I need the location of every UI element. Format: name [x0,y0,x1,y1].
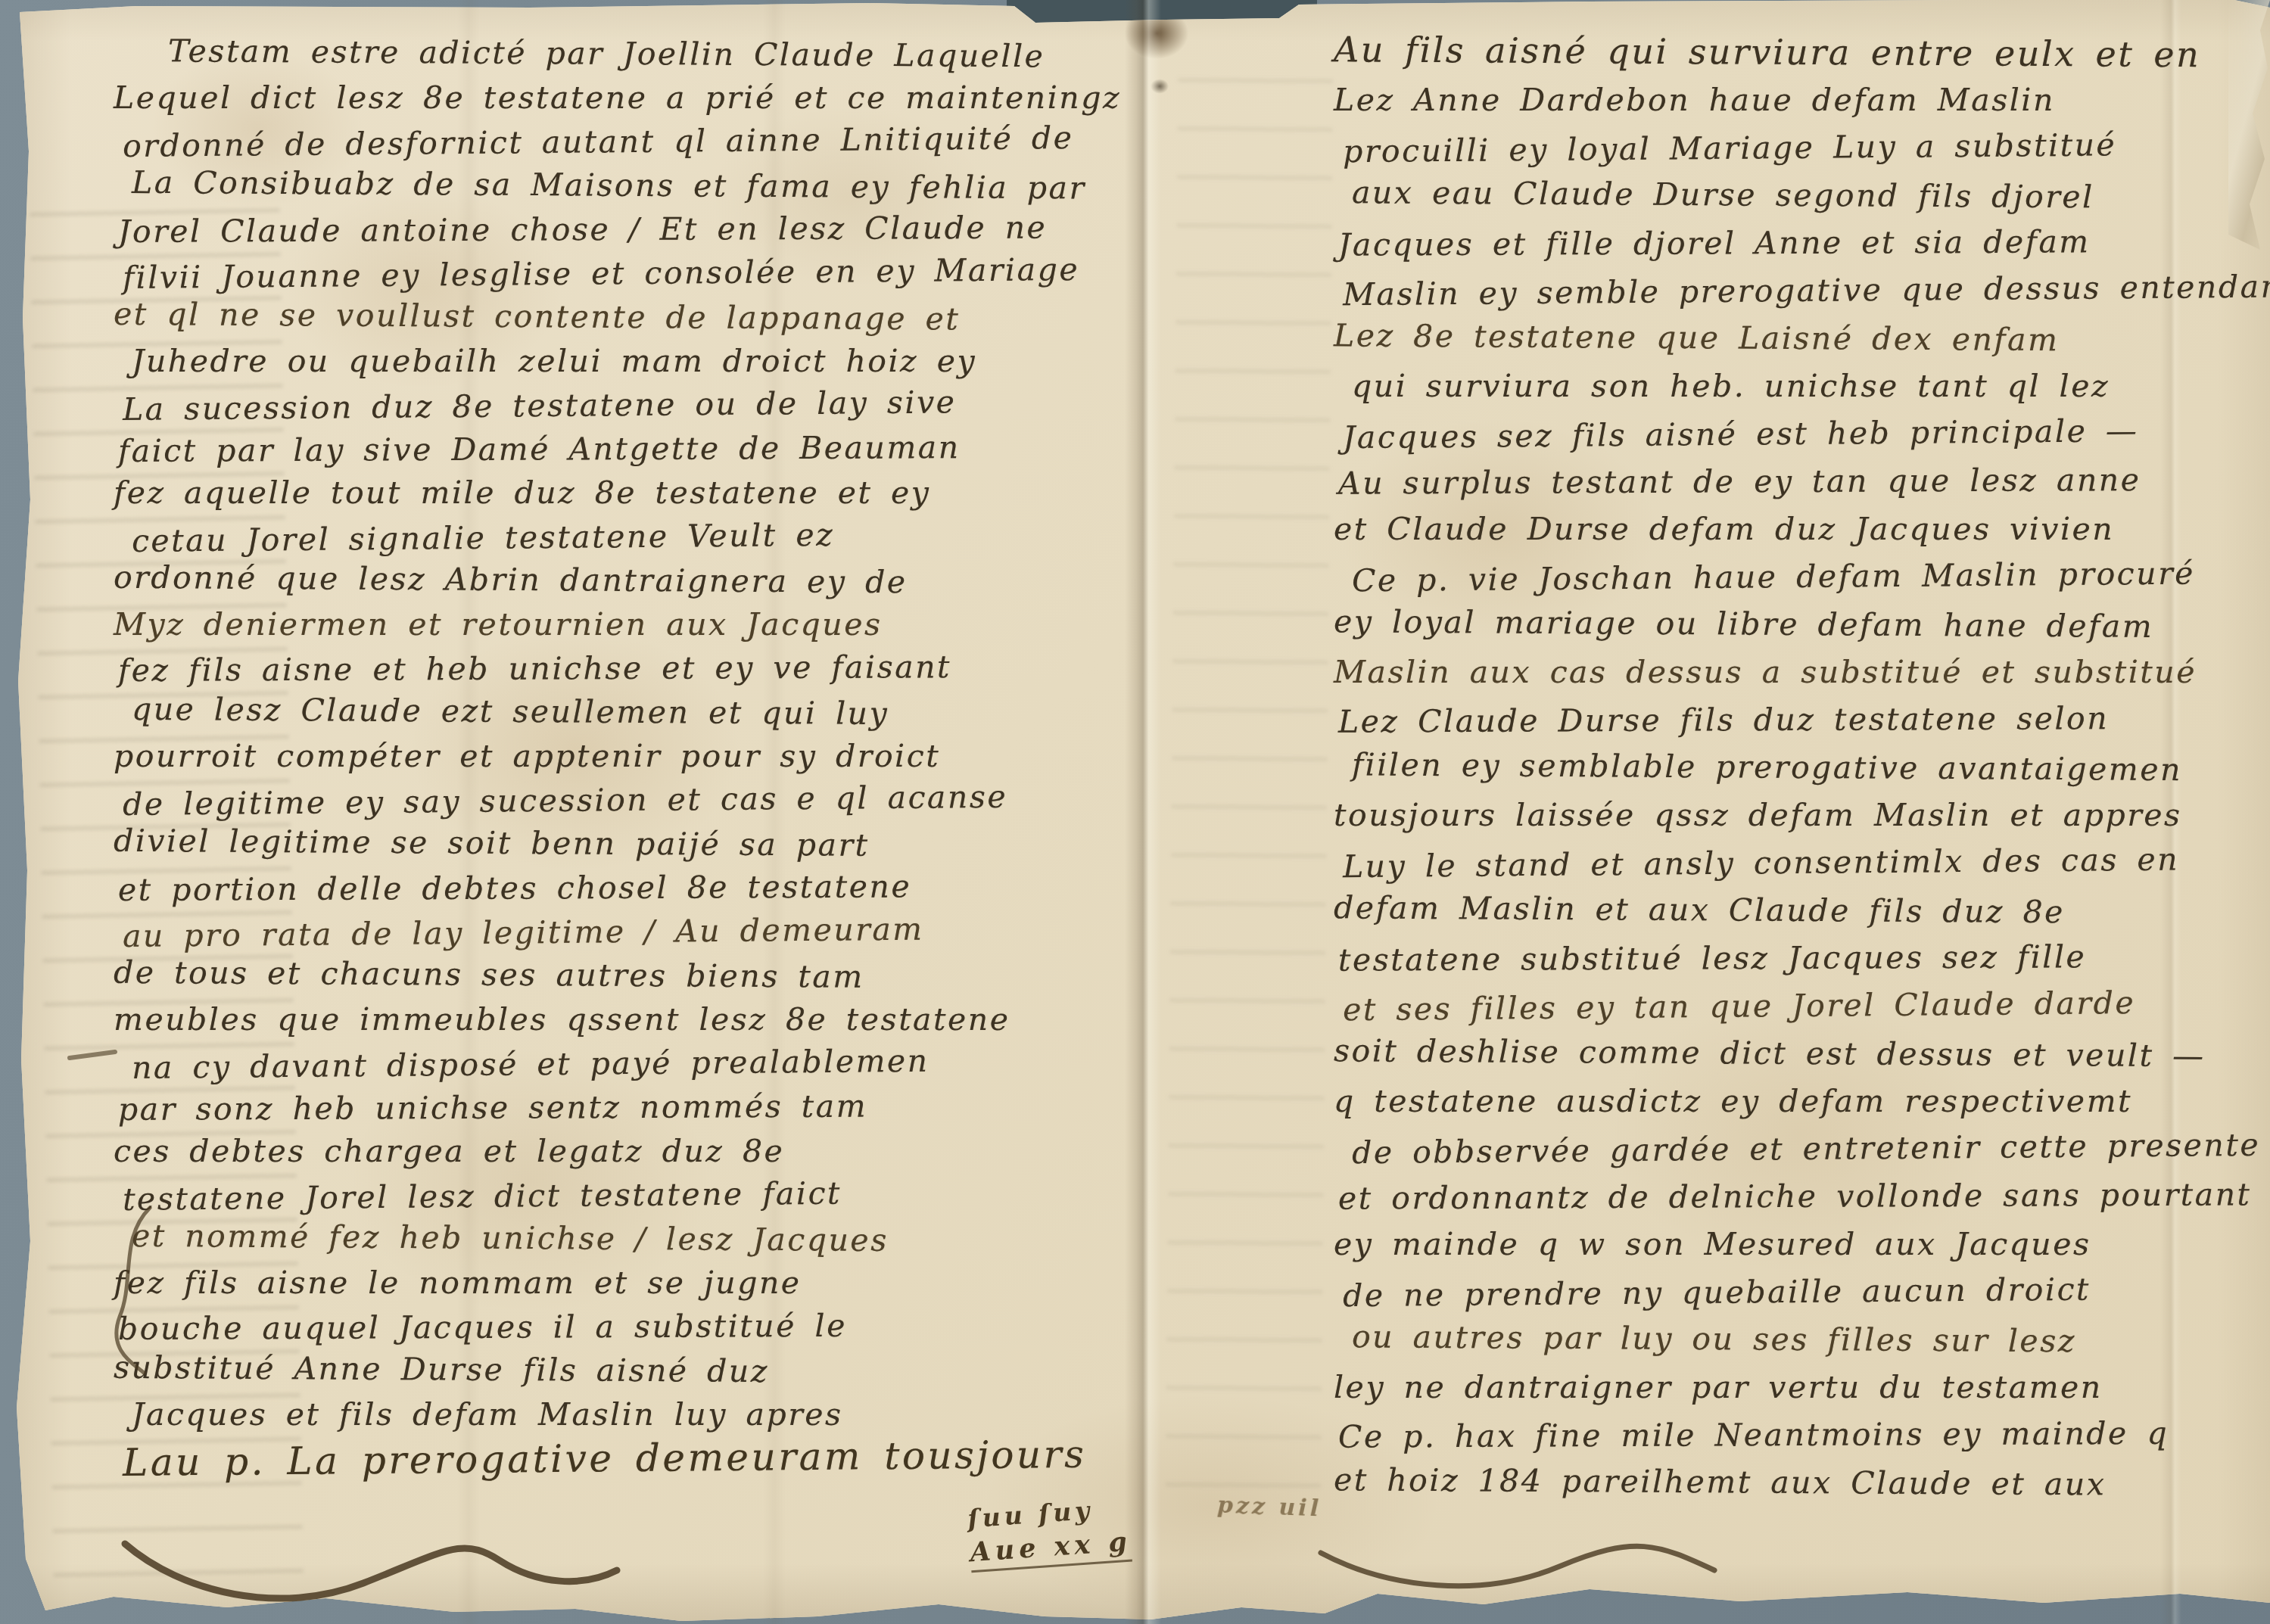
manuscript-line: Lez 8e testatene que Laisné dex enfam [1334,312,2256,365]
manuscript-line: Juhedre ou quebailh zelui mam droict hoi… [132,339,1152,383]
manuscript-line: Jorel Claude antoine chose / Et en lesz … [118,205,1152,254]
manuscript-line: fez fils aisne le nommam et se jugne [114,1261,1152,1305]
right-page-text: Au fils aisné qui surviura entre eulx et… [1334,29,2256,1507]
manuscript-line: La sucession duz 8e testatene ou de lay … [123,378,1152,431]
manuscript-line: de tous et chacuns ses autres biens tam [114,950,1152,1000]
manuscript-line: Jacques et fils defam Maslin luy apres [132,1392,1152,1436]
manuscript-line: fiilen ey semblable prerogative avantaig… [1352,741,2256,794]
fold-annotation-right: pzz uil [1216,1491,1322,1525]
manuscript-line: meubles que immeubles qssent lesz 8e tes… [114,997,1152,1041]
manuscript-line: de ne prendre ny quebaille aucun droict [1343,1265,2256,1321]
manuscript-line: soit deshlise comme dict est dessus et v… [1334,1027,2256,1080]
manuscript-line: ordonné de desfornict autant ql ainne Ln… [123,115,1152,168]
manuscript-line: ordonné que lesz Abrin dantraignera ey d… [114,555,1152,605]
manuscript-line: fez fils aisne et heb unichse et ey ve f… [118,644,1152,692]
manuscript-line: na cy davant disposé et payé prealableme… [132,1037,1152,1090]
manuscript-line: au pro rata de lay legitime / Au demeura… [123,905,1152,958]
manuscript-line: ley ne dantraigner par vertu du testamen [1334,1364,2256,1411]
manuscript-line: pourroit compéter et apptenir pour sy dr… [114,734,1152,778]
manuscript-line: Lez Claude Durse fils duz testatene selo… [1338,694,2256,745]
manuscript-line: Ce p. hax fine mile Neantmoins ey mainde… [1338,1409,2256,1461]
manuscript-line: La Consibuabz de sa Maisons et fama ey f… [132,160,1152,210]
manuscript-line: de obbservée gardée et entretenir cette … [1352,1122,2256,1177]
manuscript-line: ey loyal mariage ou libre defam hane def… [1334,598,2256,651]
manuscript-line: procuilli ey loyal Mariage Luy a substit… [1343,120,2256,176]
manuscript-line: tousjours laissée qssz defam Maslin et a… [1334,792,2256,839]
manuscript-line: ou autres par luy ou ses filles sur lesz [1352,1313,2256,1366]
manuscript-line: Maslin aux cas dessus a substitué et sub… [1334,649,2256,696]
manuscript-line: Au fils aisné qui surviura entre eulx et… [1334,26,2256,79]
manuscript-line: et nommé fez heb unichse / lesz Jacques [132,1214,1152,1264]
manuscript-line: Testam estre adicté par Joellin Claude L… [114,29,1152,79]
manuscript-line: et portion delle debtes chosel 8e testat… [118,863,1152,912]
manuscript-line: et ordonnantz de delniche vollonde sans … [1338,1171,2256,1222]
manuscript-line: Ce p. vie Joschan haue defam Maslin proc… [1352,549,2256,605]
manuscript-line: que lesz Claude ezt seullemen et qui luy [132,687,1152,737]
manuscript-line: substitué Anne Durse fils aisné duz [114,1346,1152,1395]
manuscript-line: et Claude Durse defam duz Jacques vivien [1334,506,2256,553]
manuscript-line: et ses filles ey tan que Jorel Claude da… [1343,978,2256,1034]
manuscript-line: fez aquelle tout mile duz 8e testatene e… [114,471,1152,515]
manuscript-line: Lez Anne Dardebon haue defam Maslin [1334,76,2256,124]
fold-annotation-left: ſuu ſuy Aue xx g [967,1492,1132,1573]
manuscript-line: filvii Jouanne ey lesglise et consolée e… [123,247,1152,300]
left-page-text: Testam estre adicté par Joellin Claude L… [114,32,1152,1480]
manuscript-line: aux eau Claude Durse segond fils djorel [1352,169,2256,222]
manuscript-line: Myz deniermen et retournien aux Jacques [114,602,1152,646]
manuscript-scan: Testam estre adicté par Joellin Claude L… [0,0,2270,1624]
manuscript-line: Jacques et fille djorel Anne et sia defa… [1338,217,2256,269]
manuscript-line: q testatene ausdictz ey defam respective… [1334,1078,2256,1125]
manuscript-line: bouche auquel Jacques il a substitué le [118,1302,1152,1351]
manuscript-line: Au surplus testant de ey tan que lesz an… [1338,456,2256,507]
manuscript-line: Lau p. La prerogative demeuram tousjours [123,1432,1152,1485]
manuscript-line: Maslin ey semble prerogative que dessus … [1343,263,2256,319]
manuscript-line: par sonz heb unichse sentz nommés tam [118,1083,1152,1131]
manuscript-line: testatene substitué lesz Jacques sez fil… [1338,932,2256,984]
manuscript-line: faict par lay sive Damé Antgette de Beau… [118,425,1152,473]
manuscript-line: qui surviura son heb. unichse tant ql le… [1352,362,2256,410]
manuscript-line: de legitime ey say sucession et cas e ql… [123,773,1152,826]
manuscript-line: defam Maslin et aux Claude fils duz 8e [1334,884,2256,937]
manuscript-line: et ql ne se voullust contente de lappana… [114,292,1152,342]
manuscript-line: Jacques sez fils aisné est heb principal… [1343,406,2256,462]
manuscript-line: diviel legitime se soit benn paijé sa pa… [114,819,1152,869]
manuscript-line: Luy le stand et ansly consentimlx des ca… [1343,835,2256,891]
manuscript-line: et hoiz 184 pareilhemt aux Claude et aux [1334,1456,2256,1509]
manuscript-line: testatene Jorel lesz dict testatene faic… [123,1168,1152,1221]
manuscript-line: Lequel dict lesz 8e testatene a prié et … [114,76,1152,120]
manuscript-line: ey mainde q w son Mesured aux Jacques [1334,1221,2256,1268]
manuscript-line: cetau Jorel signalie testatene Veult ez [132,510,1152,563]
manuscript-line: ces debtes chargea et legatz duz 8e [114,1129,1152,1173]
